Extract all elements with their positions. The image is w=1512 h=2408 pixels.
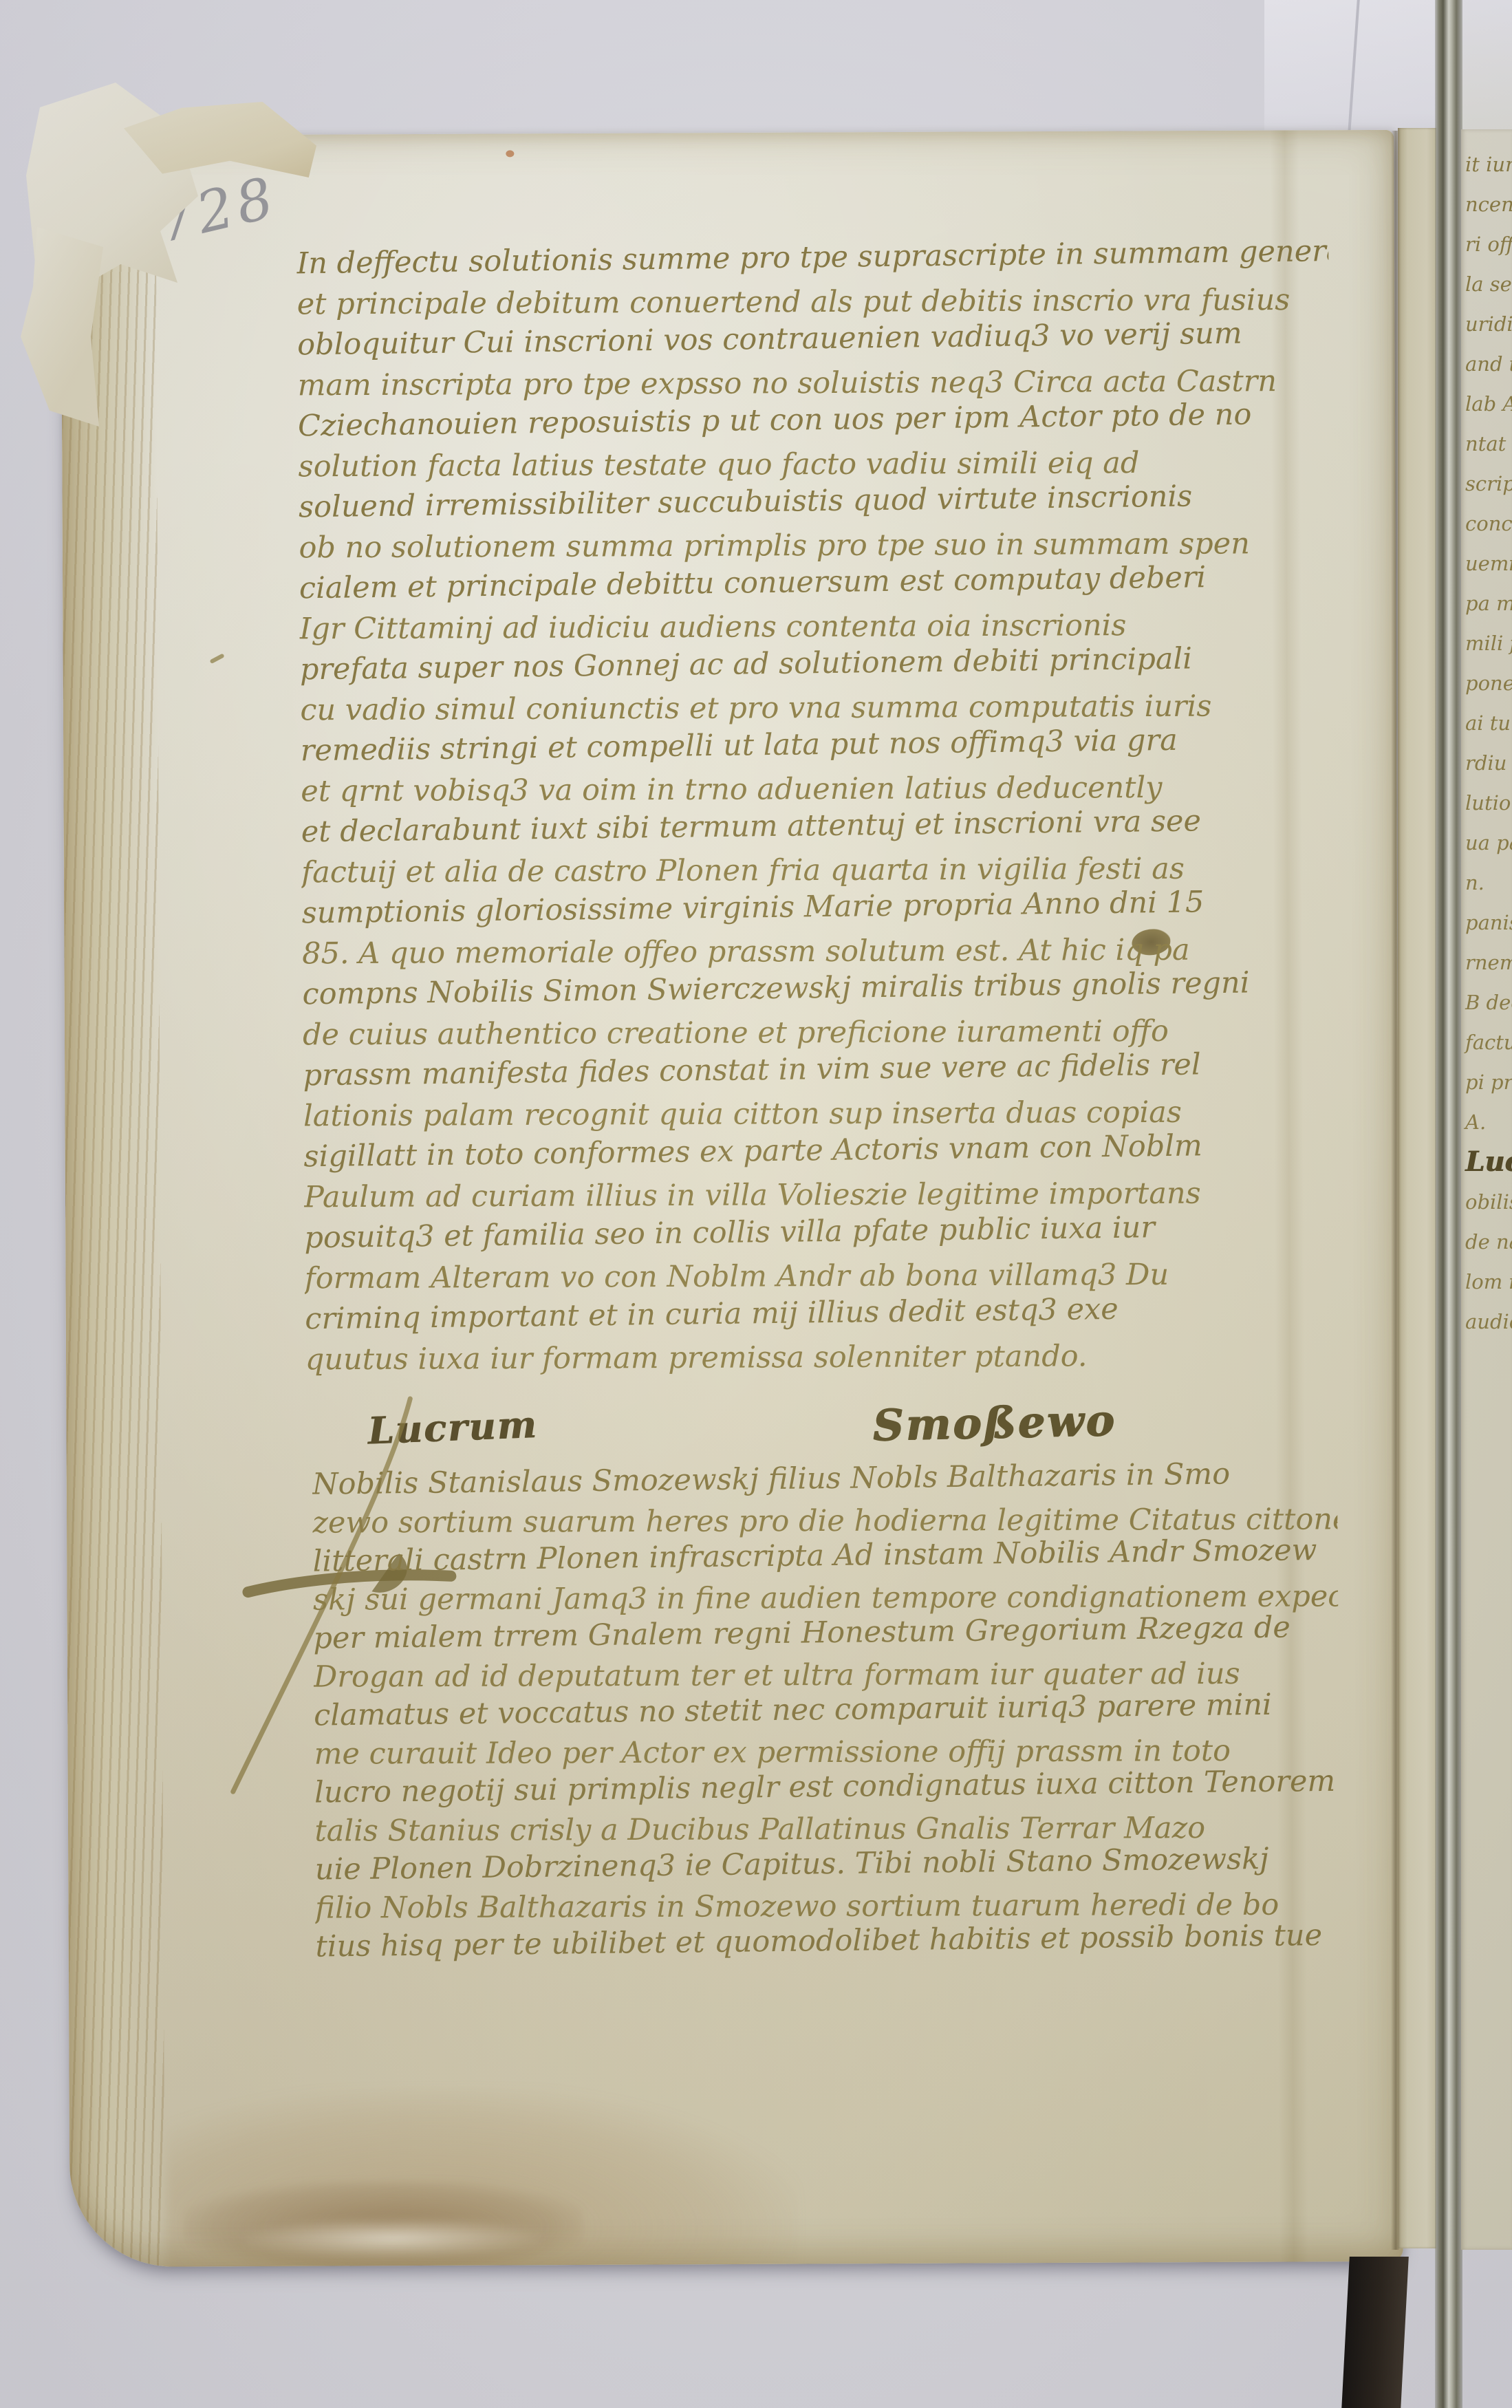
text-fragment: n. [1465,863,1512,903]
text-fragment: pone c [1465,663,1512,703]
text-fragment: mili fu [1465,623,1512,663]
adjacent-folio-edge [1398,128,1436,2248]
interleaf-sheet-right [1461,0,1512,138]
text-fragment: uemissis [1465,544,1512,583]
text-fragment: ri offo [1465,224,1512,264]
text-fragment: ntat ad [1465,424,1512,464]
book-cradle-bar [1341,2257,1409,2408]
adjacent-page-text: it iurib ncendij ri offo la sedat uridic… [1465,144,1512,1342]
frayed-corner-highlight [245,2218,541,2261]
heading-smoszewo: Smoßewo [872,1395,1117,1450]
margin-tick-mark [209,653,224,664]
text-fragment: B declar [1465,982,1512,1022]
book-fore-edge [61,136,165,2268]
text-fragment: obilis J [1465,1182,1512,1222]
text-fragment: ua pani [1465,823,1512,863]
manuscript-line: quutus iuxa iur formam premissa solennit… [305,1335,1337,1381]
text-fragment: rnemub [1465,943,1512,982]
text-fragment: it iurib [1465,144,1512,184]
text-fragment: lution [1465,783,1512,823]
glass-weight-rod [1435,0,1462,2408]
text-fragment: Lucru [1465,1142,1512,1182]
text-fragment: rdiu [1465,743,1512,783]
text-fragment: ncendij [1465,184,1512,224]
text-fragment: la sedat [1465,264,1512,304]
text-fragment: scriptj [1465,464,1512,504]
text-fragment: audient [1465,1302,1512,1342]
manuscript-page: 728 In deffectu solutionis summe pro tpe… [61,130,1403,2267]
text-fragment: lom inf [1465,1262,1512,1302]
torn-corner-flap-side [21,227,103,427]
text-fragment: panis v [1465,903,1512,943]
manuscript-line: Nobilis Stanislaus Smozewskj filius Nobl… [312,1458,1337,1503]
text-fragment: A. [1465,1102,1512,1142]
text-fragment: lab Ad [1465,384,1512,424]
text-fragment: de naro [1465,1222,1512,1262]
text-fragment: and ta [1465,344,1512,384]
text-fragment: ai tu cr [1465,703,1512,743]
text-fragment: pi pro [1465,1062,1512,1102]
text-fragment: facturu [1465,1022,1512,1062]
manuscript-line: In deffectu solutionis summe pro tpe sup… [296,236,1328,285]
text-block-2: Nobilis Stanislaus Smozewskj filius Nobl… [312,1458,1341,1966]
adjacent-page: it iurib ncendij ri offo la sedat uridic… [1461,129,1512,2250]
paper-blemish [506,150,514,157]
text-fragment: pa mi [1465,583,1512,623]
text-block-1: In deffectu solutionis summe pro tpe sup… [296,236,1337,1381]
text-fragment: concer [1465,504,1512,544]
text-fragment: uridica [1465,304,1512,344]
archival-photo-scene: 728 In deffectu solutionis summe pro tpe… [0,0,1512,2408]
